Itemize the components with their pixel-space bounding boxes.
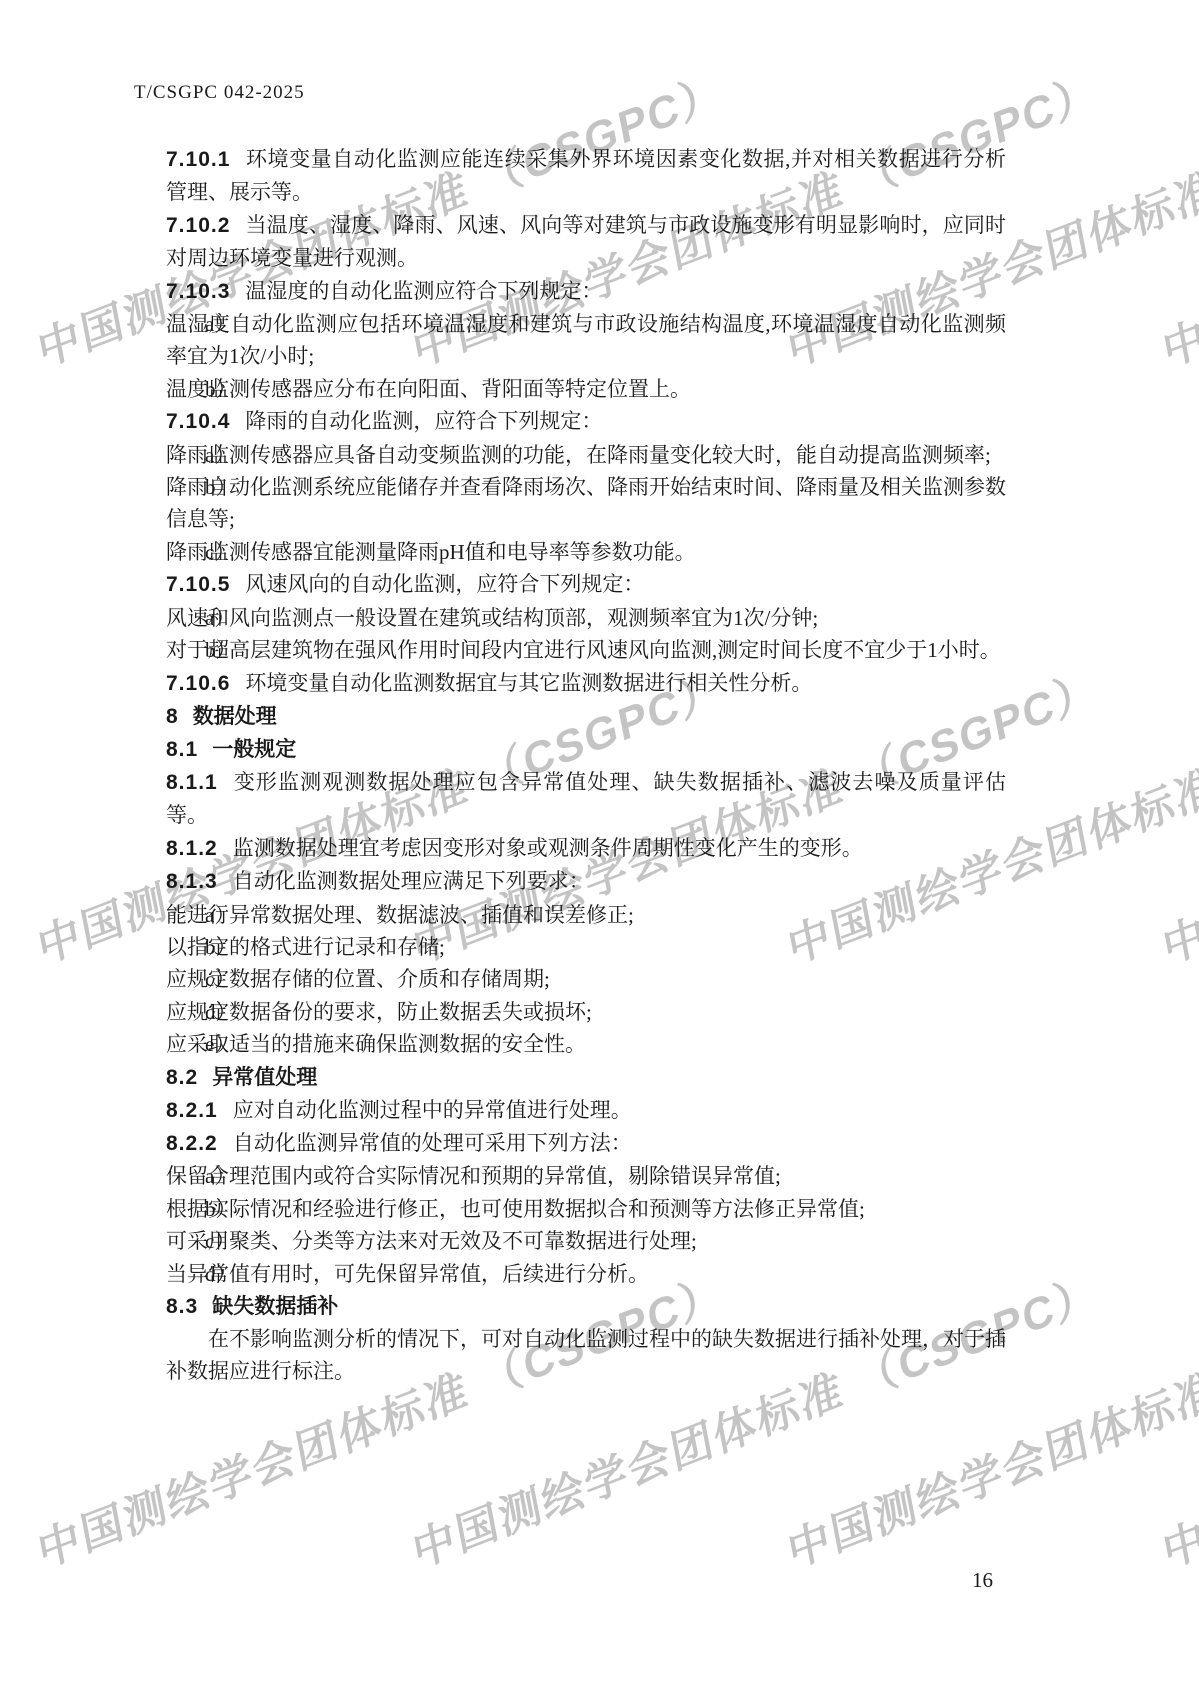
list-item-marker: a） [205, 308, 235, 340]
list-item: a）保留合理范围内或符合实际情况和预期的异常值，剔除错误异常值; [166, 1160, 1006, 1192]
clause-text: 降雨的自动化监测，应符合下列规定： [245, 409, 602, 433]
heading-text: 数据处理 [193, 705, 277, 728]
clause-text: 监测数据处理宜考虑因变形对象或观测条件周期性变化产生的变形。 [233, 836, 863, 860]
list-item-text: 降雨监测传感器应具备自动变频监测的功能，在降雨量变化较大时，能自动提高监测频率; [166, 443, 991, 467]
clause-text: 自动化监测数据处理应满足下列要求： [233, 869, 590, 893]
heading-number: 8 [166, 705, 179, 728]
list-item: b）根据实际情况和经验进行修正，也可使用数据拟合和预测等方法修正异常值; [166, 1193, 1006, 1225]
clause-7.10.2: 7.10.2当温度、湿度、降雨、风速、风向等对建筑与市政设施变形有明显影响时，应… [166, 209, 1006, 275]
clause-text: 环境变量自动化监测数据宜与其它监测数据进行相关性分析。 [245, 671, 812, 695]
watermark-text: 中国测绘学会团体标准 （CSGPC） [1159, 1270, 1199, 1576]
clause-7.10.5: 7.10.5风速风向的自动化监测，应符合下列规定： [166, 568, 1006, 601]
list-item-text: 对于超高层建筑物在强风作用时间段内宜进行风速风向监测,测定时间长度不宜少于1小时… [166, 638, 1001, 662]
section-heading-8.3: 8.3缺失数据插补 [166, 1290, 1006, 1323]
heading-number: 8.2 [166, 1066, 198, 1089]
list-item-text: 当异常值有用时，可先保留异常值，后续进行分析。 [166, 1262, 649, 1286]
clause-8.1.1: 8.1.1变形监测观测数据处理应包含异常值处理、缺失数据插补、滤波去噪及质量评估… [166, 766, 1006, 832]
clause-7.10.4: 7.10.4降雨的自动化监测，应符合下列规定： [166, 405, 1006, 438]
list-item-text: 降雨监测传感器宜能测量降雨pH值和电导率等参数功能。 [166, 540, 696, 564]
paragraph: 在不影响监测分析的情况下，可对自动化监测过程中的缺失数据进行插补处理，对于插补数… [166, 1323, 1006, 1388]
clause-8.2.2: 8.2.2自动化监测异常值的处理可采用下列方法： [166, 1127, 1006, 1160]
list-item: b）降雨自动化监测系统应能储存并查看降雨场次、降雨开始结束时间、降雨量及相关监测… [166, 471, 1006, 536]
list-item-text: 温度监测传感器应分布在向阳面、背阳面等特定位置上。 [166, 377, 691, 401]
document-code: T/CSGPC 042-2025 [134, 82, 305, 104]
list-item: a）风速和风向监测点一般设置在建筑或结构顶部，观测频率宜为1次/分钟; [166, 602, 1006, 634]
clause-7.10.6: 7.10.6环境变量自动化监测数据宜与其它监测数据进行相关性分析。 [166, 667, 1006, 700]
clause-8.2.1: 8.2.1应对自动化监测过程中的异常值进行处理。 [166, 1094, 1006, 1127]
list-item-marker: b） [205, 373, 237, 405]
heading-number: 8.3 [166, 1295, 198, 1318]
page: 中国测绘学会团体标准 （CSGPC）中国测绘学会团体标准 （CSGPC）中国测绘… [0, 0, 1199, 1696]
clause-number: 7.10.3 [166, 280, 230, 303]
clause-number: 8.2.2 [166, 1132, 218, 1155]
list-item-text: 保留合理范围内或符合实际情况和预期的异常值，剔除错误异常值; [166, 1164, 781, 1188]
list-item: b）对于超高层建筑物在强风作用时间段内宜进行风速风向监测,测定时间长度不宜少于1… [166, 634, 1006, 666]
list-item: a）能进行异常数据处理、数据滤波、插值和误差修正; [166, 899, 1006, 931]
list-item: a）温湿度自动化监测应包括环境温湿度和建筑与市政设施结构温度,环境温湿度自动化监… [166, 308, 1006, 373]
clause-number: 7.10.5 [166, 573, 230, 596]
section-heading-8: 8数据处理 [166, 700, 1006, 733]
list-item: d）应规定数据备份的要求，防止数据丢失或损坏; [166, 996, 1006, 1028]
clause-text: 风速风向的自动化监测，应符合下列规定： [245, 572, 644, 596]
list-item-marker: a） [205, 1160, 235, 1192]
list-item-marker: a） [205, 899, 235, 931]
list-item-text: 可采用聚类、分类等方法来对无效及不可靠数据进行处理; [166, 1229, 697, 1253]
list-item-text: 根据实际情况和经验进行修正，也可使用数据拟合和预测等方法修正异常值; [166, 1197, 865, 1221]
list-item: b）温度监测传感器应分布在向阳面、背阳面等特定位置上。 [166, 373, 1006, 405]
section-heading-8.2: 8.2异常值处理 [166, 1061, 1006, 1094]
list-item-marker: d） [205, 1258, 237, 1290]
watermark-text: 中国测绘学会团体标准 （CSGPC） [1159, 666, 1199, 972]
clause-text: 应对自动化监测过程中的异常值进行处理。 [233, 1098, 632, 1122]
list-item: d）当异常值有用时，可先保留异常值，后续进行分析。 [166, 1258, 1006, 1290]
clause-text: 环境变量自动化监测应能连续采集外界环境因素变化数据,并对相关数据进行分析管理、展… [166, 147, 1006, 204]
page-number: 16 [972, 1568, 993, 1593]
list-item-marker: b） [205, 1193, 237, 1225]
clause-text: 当温度、湿度、降雨、风速、风向等对建筑与市政设施变形有明显影响时，应同时对周边环… [166, 213, 1006, 270]
list-item-text: 能进行异常数据处理、数据滤波、插值和误差修正; [166, 903, 634, 927]
list-item: b）以指定的格式进行记录和存储; [166, 931, 1006, 963]
list-item: c）应规定数据存储的位置、介质和存储周期; [166, 963, 1006, 995]
watermark-text: 中国测绘学会团体标准 （CSGPC） [1159, 69, 1199, 375]
clause-number: 7.10.4 [166, 410, 230, 433]
clause-text: 自动化监测异常值的处理可采用下列方法： [233, 1131, 632, 1155]
list-item-marker: b） [205, 634, 237, 666]
clause-number: 7.10.6 [166, 672, 230, 695]
clause-text: 温湿度的自动化监测应符合下列规定： [245, 279, 602, 303]
clause-number: 7.10.1 [166, 148, 230, 171]
list-item-marker: a） [205, 602, 235, 634]
list-item-marker: c） [205, 963, 235, 995]
heading-text: 缺失数据插补 [212, 1295, 338, 1318]
list-item-marker: c） [205, 536, 235, 568]
clause-number: 7.10.2 [166, 214, 230, 237]
clause-number: 8.1.1 [166, 771, 218, 794]
list-item: c）可采用聚类、分类等方法来对无效及不可靠数据进行处理; [166, 1225, 1006, 1257]
list-item: a）降雨监测传感器应具备自动变频监测的功能，在降雨量变化较大时，能自动提高监测频… [166, 439, 1006, 471]
clause-8.1.2: 8.1.2监测数据处理宜考虑因变形对象或观测条件周期性变化产生的变形。 [166, 832, 1006, 865]
clause-number: 8.1.3 [166, 870, 218, 893]
list-item: e）应采取适当的措施来确保监测数据的安全性。 [166, 1028, 1006, 1060]
heading-text: 一般规定 [212, 738, 296, 761]
heading-text: 异常值处理 [212, 1066, 317, 1089]
list-item: c）降雨监测传感器宜能测量降雨pH值和电导率等参数功能。 [166, 536, 1006, 568]
paragraph-text: 在不影响监测分析的情况下，可对自动化监测过程中的缺失数据进行插补处理，对于插补数… [166, 1327, 1006, 1383]
clause-8.1.3: 8.1.3自动化监测数据处理应满足下列要求： [166, 865, 1006, 898]
list-item-marker: d） [205, 996, 237, 1028]
list-item-marker: c） [205, 1225, 235, 1257]
list-item-text: 降雨自动化监测系统应能储存并查看降雨场次、降雨开始结束时间、降雨量及相关监测参数… [166, 475, 1006, 531]
list-item-marker: e） [205, 1028, 235, 1060]
list-item-marker: b） [205, 471, 237, 503]
clause-text: 变形监测观测数据处理应包含异常值处理、缺失数据插补、滤波去噪及质量评估等。 [166, 770, 1006, 827]
list-item-marker: b） [205, 931, 237, 963]
section-heading-8.1: 8.1一般规定 [166, 733, 1006, 766]
clause-7.10.3: 7.10.3温湿度的自动化监测应符合下列规定： [166, 275, 1006, 308]
list-item-text: 温湿度自动化监测应包括环境温湿度和建筑与市政设施结构温度,环境温湿度自动化监测频… [166, 312, 1006, 368]
heading-number: 8.1 [166, 738, 198, 761]
list-item-text: 风速和风向监测点一般设置在建筑或结构顶部，观测频率宜为1次/分钟; [166, 606, 818, 630]
document-body: 7.10.1环境变量自动化监测应能连续采集外界环境因素变化数据,并对相关数据进行… [166, 143, 1006, 1388]
clause-7.10.1: 7.10.1环境变量自动化监测应能连续采集外界环境因素变化数据,并对相关数据进行… [166, 143, 1006, 209]
clause-number: 8.2.1 [166, 1099, 218, 1122]
clause-number: 8.1.2 [166, 837, 218, 860]
list-item-marker: a） [205, 439, 235, 471]
